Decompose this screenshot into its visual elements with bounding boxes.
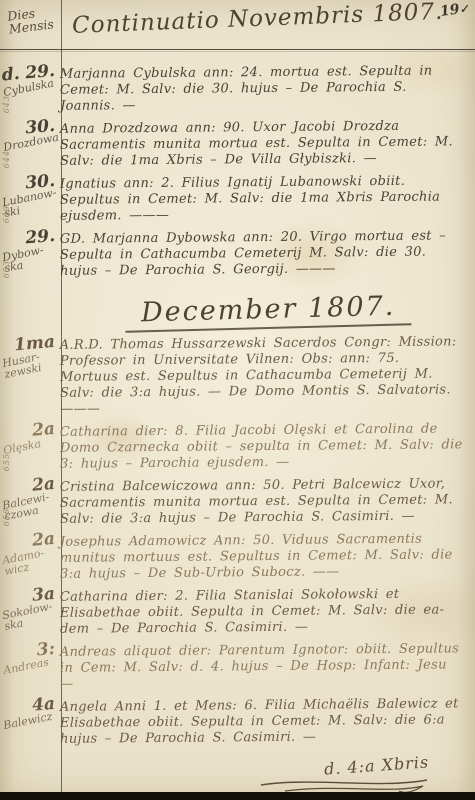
footer-signature: d. 4:a Xbris (0, 756, 429, 797)
photo-edge (0, 792, 475, 800)
december-section: December 1807. (62, 294, 475, 329)
register-entry: 2a Balcewi- czowa 656 Cristina Balcewicz… (0, 478, 475, 526)
entry-margin: 29. Dybow- ska 653 (0, 230, 60, 278)
register-entry: 30. Drozdowa 644 Anna Drozdzowa ann: 90.… (0, 120, 475, 168)
page-title: Continuatio Novembris 1807. (72, 0, 433, 39)
entry-margin: d. 29. Cybulska 643 (0, 65, 60, 113)
entry-margin: 2a Adamo- wicz (0, 533, 60, 581)
register-entry: 3a Sokołow- ska Catharina dier: 2. Filia… (0, 588, 475, 636)
entry-archival-number: 653 (2, 260, 11, 278)
entry-text: Josephus Adamowicz Ann: 50. Viduus Sacra… (60, 531, 475, 583)
register-entry: 30. Lubanow- ski 649 Ignatius ann: 2. Fi… (0, 175, 475, 223)
entry-text: Ignatius ann: 2. Filius Ignatij Lubanows… (60, 173, 475, 225)
entry-text: Cristina Balcewiczowa ann: 50. Petri Bal… (60, 476, 475, 528)
entry-archival-number: 655 (2, 453, 11, 471)
entry-margin: 30. Lubanow- ski 649 (0, 175, 60, 223)
page-number: 19✓ (439, 0, 470, 20)
entry-margin: 30. Drozdowa 644 (0, 120, 60, 168)
entry-text: Angela Anni 1. et Mens: 6. Filia Michaël… (60, 696, 475, 748)
entry-archival-number: 649 (2, 205, 11, 223)
entry-text: Andreas aliquot dier: Parentum Ignotor: … (60, 641, 475, 693)
dies-mensis-column-header: Dies Mensis (7, 4, 55, 35)
entry-text: GD. Marjanna Dybowska ann: 20. Virgo mor… (60, 228, 475, 280)
register-entry: 1ma Husar- zewski A.R.D. Thomas Hussarze… (0, 336, 475, 416)
register-entry: 4a Balewicz Angela Anni 1. et Mens: 6. F… (0, 698, 475, 746)
entry-archival-number: 643 (2, 95, 11, 113)
entry-text: Catharina dier: 8. Filia Jacobi Olęski e… (60, 421, 475, 473)
entry-archival-number: 644 (2, 150, 11, 168)
entry-margin: 4a Balewicz (0, 698, 60, 746)
entry-text: Anna Drozdzowa ann: 90. Uxor Jacobi Droz… (60, 118, 475, 170)
entry-text: Marjanna Cybulska ann: 24. mortua est. S… (60, 63, 475, 115)
checkmark-icon: ✓ (459, 2, 470, 16)
entry-margin: 2a Balcewi- czowa 656 (0, 478, 60, 526)
register-entry: 2a Olęska 655 Catharina dier: 8. Filia J… (0, 423, 475, 471)
page-content: d. 29. Cybulska 643 Marjanna Cybulska an… (0, 52, 475, 797)
section-title: December 1807. (125, 290, 412, 332)
register-entry: 3: Andreas Andreas aliquot dier: Parentu… (0, 643, 475, 691)
footer-signature-text: d. 4:a Xbris (323, 752, 429, 778)
register-entry: 2a Adamo- wicz Josephus Adamowicz Ann: 5… (0, 533, 475, 581)
november-entries: d. 29. Cybulska 643 Marjanna Cybulska an… (0, 65, 475, 278)
page-header: Dies Mensis Continuatio Novembris 1807. … (0, 0, 475, 52)
register-entry: d. 29. Cybulska 643 Marjanna Cybulska an… (0, 65, 475, 113)
entry-text: A.R.D. Thomas Hussarzewski Sacerdos Cong… (60, 334, 475, 418)
entry-archival-number: 656 (2, 508, 11, 526)
register-entry: 29. Dybow- ska 653 GD. Marjanna Dybowska… (0, 230, 475, 278)
december-entries: 1ma Husar- zewski A.R.D. Thomas Hussarze… (0, 336, 475, 746)
entry-margin: 1ma Husar- zewski (0, 336, 60, 416)
entry-text: Catharina dier: 2. Filia Stanislai Sokoł… (60, 586, 475, 638)
entry-margin: 2a Olęska 655 (0, 423, 60, 471)
register-page: Dies Mensis Continuatio Novembris 1807. … (0, 0, 475, 800)
entry-margin: 3: Andreas (0, 643, 60, 691)
entry-margin: 3a Sokołow- ska (0, 588, 60, 636)
